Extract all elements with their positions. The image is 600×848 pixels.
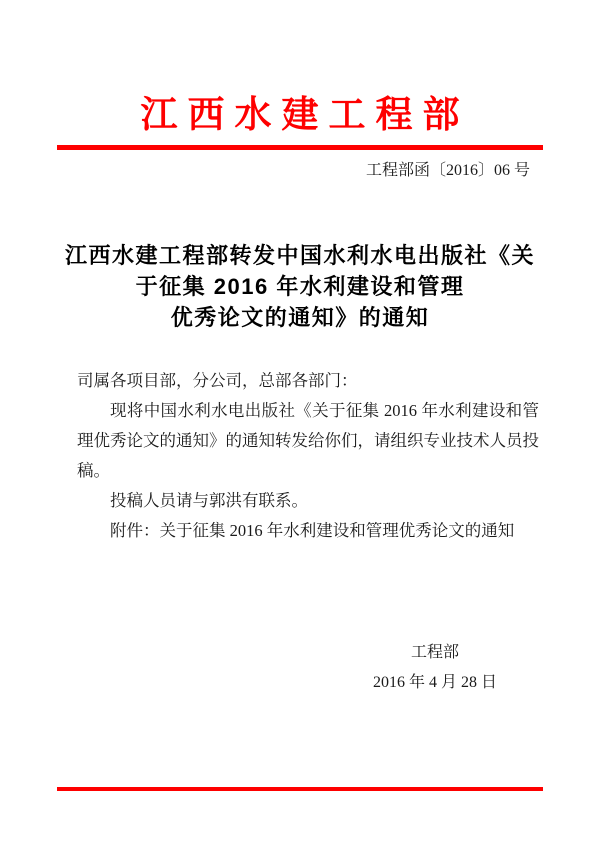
document-title-line-1: 江西水建工程部转发中国水利水电出版社《关 [0,240,600,271]
document-title: 江西水建工程部转发中国水利水电出版社《关 于征集 2016 年水利建设和管理 优… [0,240,600,333]
document-page: 江西水建工程部 工程部函〔2016〕06 号 江西水建工程部转发中国水利水电出版… [0,0,600,848]
body-paragraph-forwarding-notice: 现将中国水利水电出版社《关于征集 2016 年水利建设和管理优秀论文的通知》的通… [77,396,539,486]
signature-department: 工程部 [373,638,497,668]
signature-date: 2016 年 4 月 28 日 [373,668,497,698]
document-title-line-2: 于征集 2016 年水利建设和管理 [0,271,600,302]
salutation-line: 司属各项目部，分公司，总部各部门： [77,366,539,396]
footer-divider-line [57,787,543,791]
body-paragraph-attachment: 附件：关于征集 2016 年水利建设和管理优秀论文的通知 [77,516,539,546]
body-paragraph-contact: 投稿人员请与郭洪有联系。 [77,486,539,516]
letterhead-divider-line [57,145,543,150]
document-title-line-3: 优秀论文的通知》的通知 [0,302,600,333]
letterhead-org-name: 江西水建工程部 [0,93,600,139]
document-body: 司属各项目部，分公司，总部各部门： 现将中国水利水电出版社《关于征集 2016 … [77,366,539,546]
signature-block: 工程部 2016 年 4 月 28 日 [373,638,497,698]
document-reference-number: 工程部函〔2016〕06 号 [366,158,530,184]
